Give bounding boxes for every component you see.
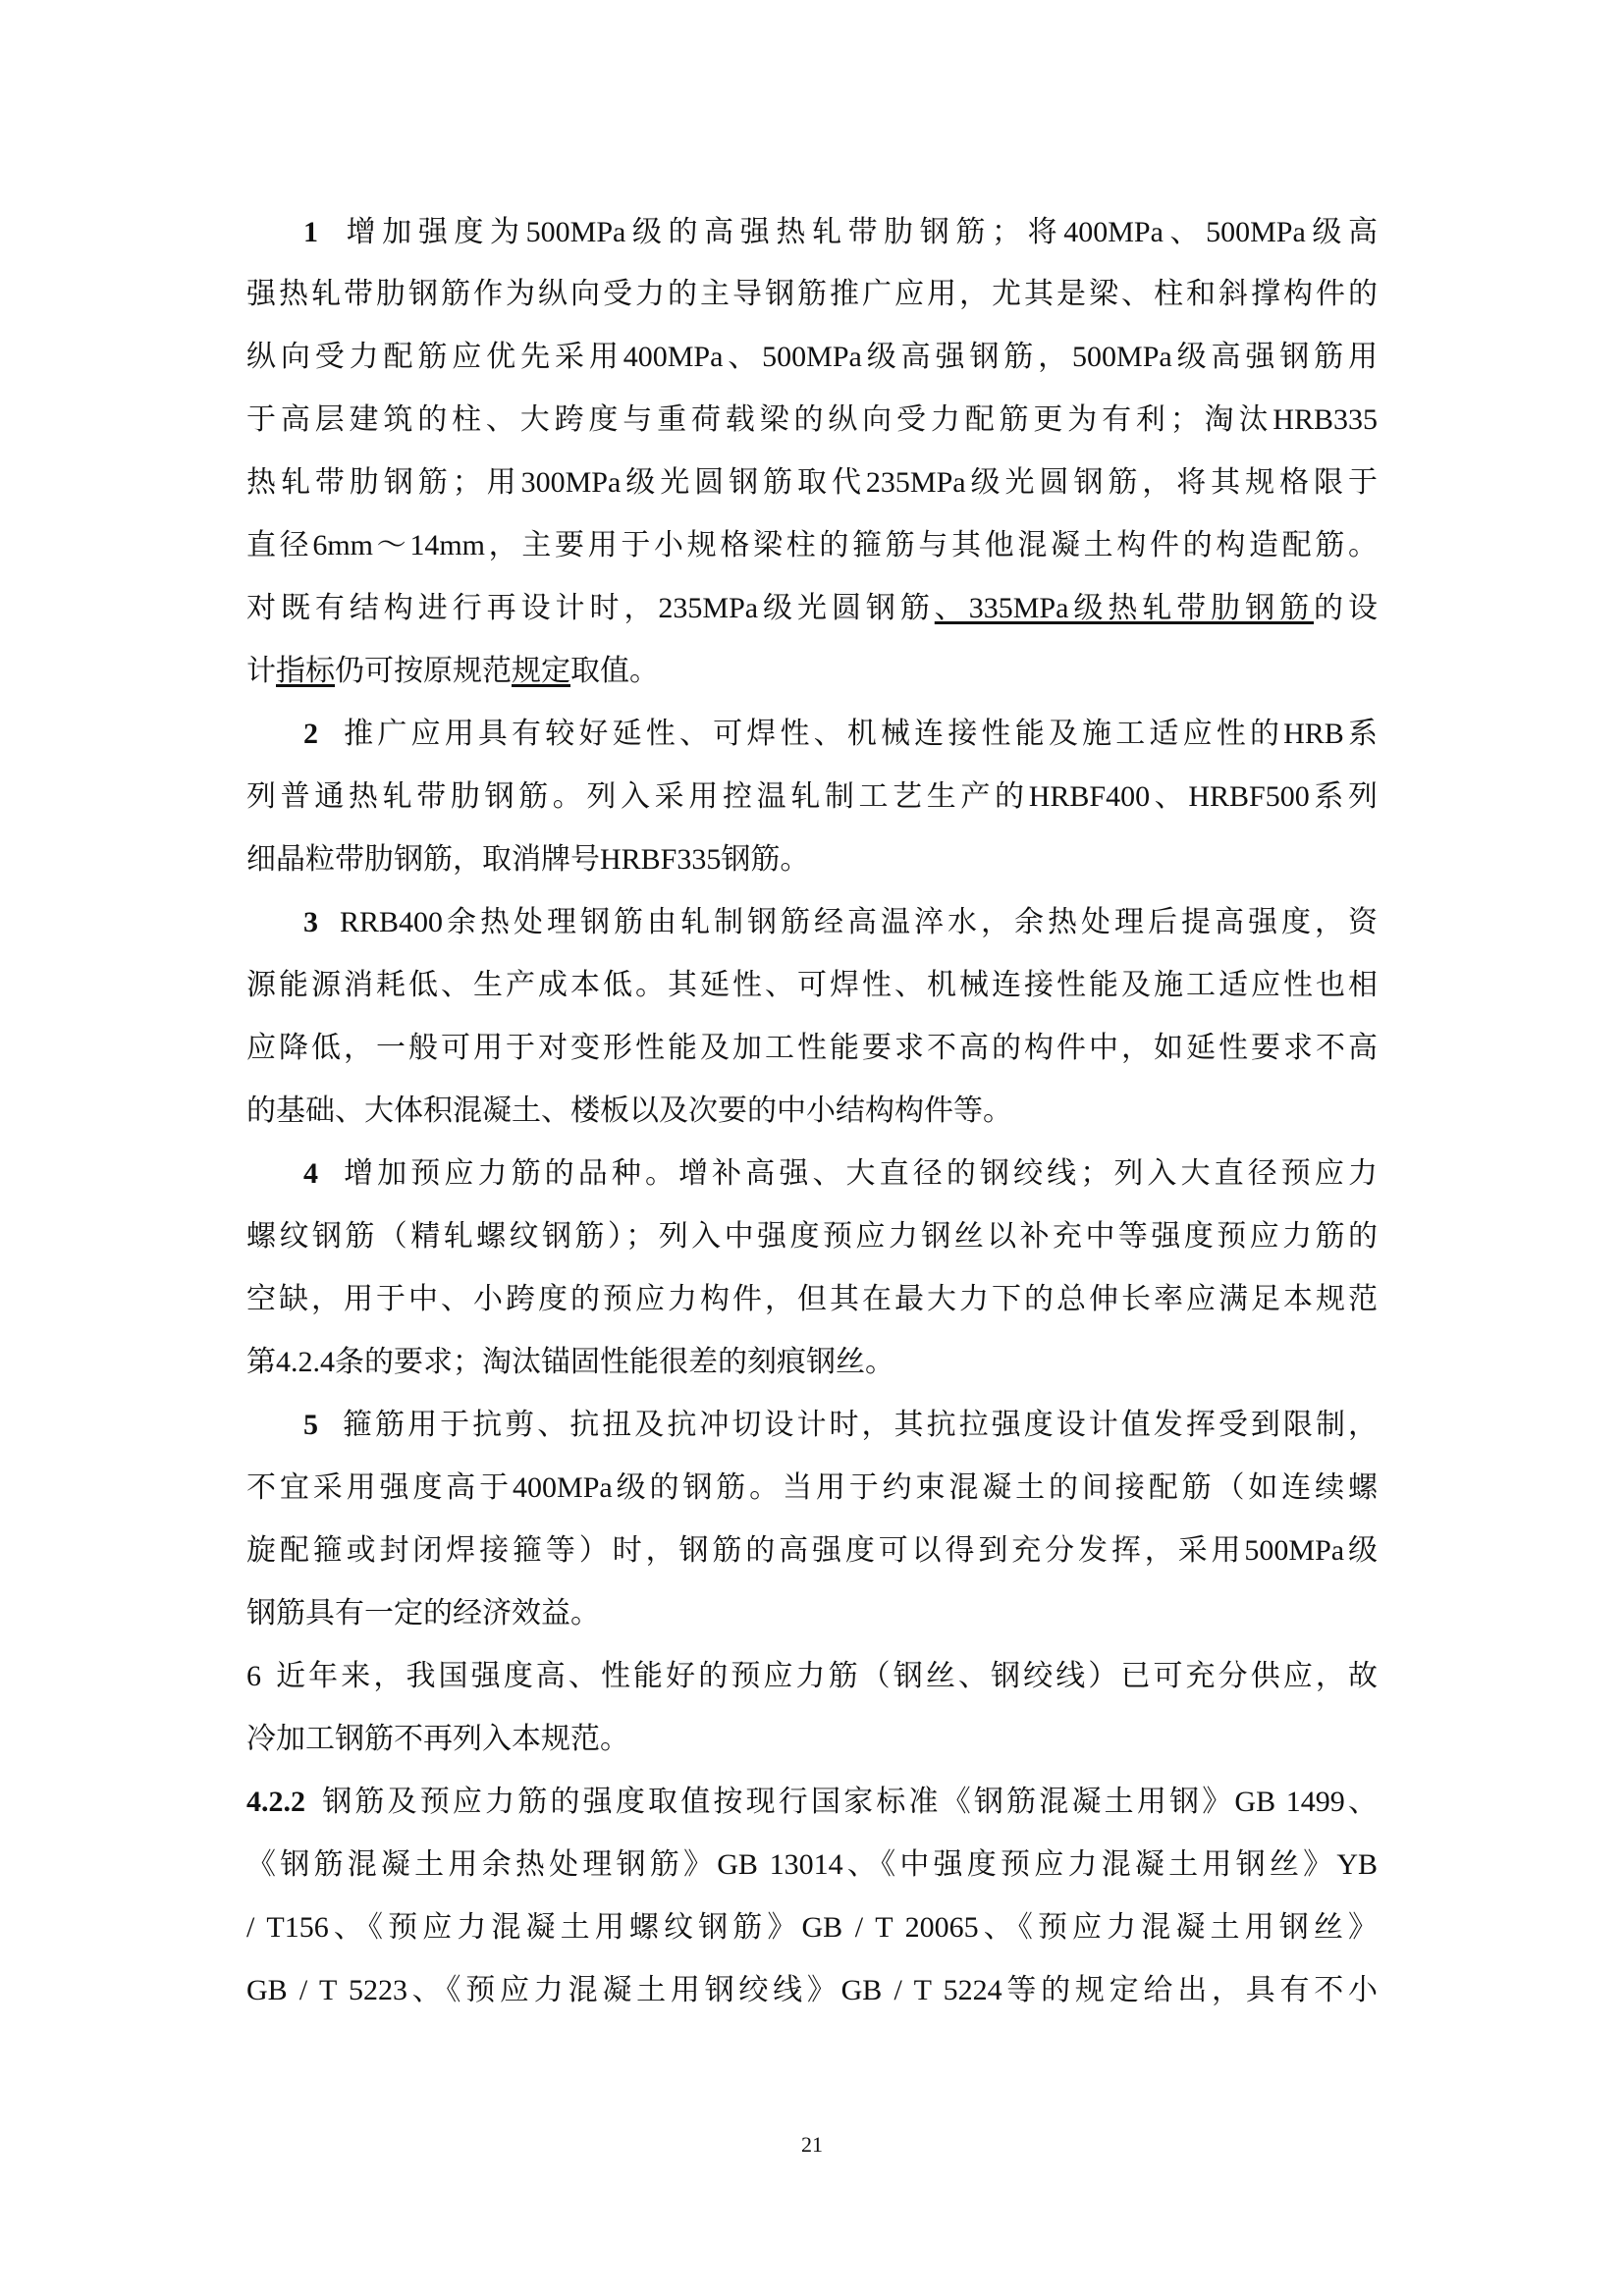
underlined-revision: 规定 xyxy=(512,655,570,687)
paragraph-6-line-1: 6近年来，我国强度高、性能好的预应力筋（钢丝、钢绞线）已可充分供应，故 xyxy=(246,1657,1378,1696)
paragraph-1-line-3: 纵向受力配筋应优先采用400MPa、500MPa级高强钢筋，500MPa级高强钢… xyxy=(246,338,1378,377)
paragraph-5-line-4: 钢筋具有一定的经济效益。 xyxy=(246,1594,1378,1633)
paragraph-5-line-3: 旋配箍或封闭焊接箍等）时，钢筋的高强度可以得到充分发挥，采用500MPa级 xyxy=(246,1531,1378,1571)
item-number: 5 xyxy=(303,1409,318,1441)
paragraph-3-line-2: 源能源消耗低、生产成本低。其延性、可焊性、机械连接性能及施工适应性也相 xyxy=(246,966,1378,1005)
paragraph-3-line-3: 应降低，一般可用于对变形性能及加工性能要求不高的构件中，如延性要求不高 xyxy=(246,1029,1378,1068)
paragraph-1-line-8: 计指标仍可按原规范规定取值。 xyxy=(246,652,1378,691)
paragraph-1-line-6: 直径6mm～14mm，主要用于小规格梁柱的箍筋与其他混凝土构件的构造配筋。 xyxy=(246,526,1378,565)
page-number: 21 xyxy=(0,2132,1624,2158)
paragraph-3-line-1: 3RRB400余热处理钢筋由轧制钢筋经高温淬水，余热处理后提高强度，资 xyxy=(303,903,1378,942)
paragraph-1-line-5: 热轧带肋钢筋；用300MPa级光圆钢筋取代235MPa级光圆钢筋，将其规格限于 xyxy=(246,463,1378,503)
paragraph-1-line-7: 对既有结构进行再设计时，235MPa级光圆钢筋、335MPa级热轧带肋钢筋的设 xyxy=(246,589,1378,628)
item-number: 3 xyxy=(303,906,318,938)
paragraph-4-line-3: 空缺，用于中、小跨度的预应力构件，但其在最大力下的总伸长率应满足本规范 xyxy=(246,1280,1378,1319)
paragraph-2-line-2: 列普通热轧带肋钢筋。列入采用控温轧制工艺生产的HRBF400、HRBF500系列 xyxy=(246,777,1378,817)
document-page: 1增加强度为500MPa级的高强热轧带肋钢筋；将400MPa、500MPa级高 … xyxy=(0,0,1624,2296)
clause-4-2-2-line-2: 《钢筋混凝土用余热处理钢筋》GB 13014、《中强度预应力混凝土用钢丝》YB xyxy=(246,1845,1378,1885)
paragraph-1-line-1: 1增加强度为500MPa级的高强热轧带肋钢筋；将400MPa、500MPa级高 xyxy=(303,213,1378,252)
paragraph-3-line-4: 的基础、大体积混凝土、楼板以及次要的中小结构构件等。 xyxy=(246,1092,1378,1131)
paragraph-1-line-2: 强热轧带肋钢筋作为纵向受力的主导钢筋推广应用，尤其是梁、柱和斜撑构件的 xyxy=(246,275,1378,314)
item-number: 6 xyxy=(246,1660,261,1692)
paragraph-2-line-1: 2推广应用具有较好延性、可焊性、机械连接性能及施工适应性的HRB系 xyxy=(303,715,1378,754)
paragraph-5-line-2: 不宜采用强度高于400MPa级的钢筋。当用于约束混凝土的间接配筋（如连续螺 xyxy=(246,1468,1378,1508)
paragraph-4-line-4: 第4.2.4条的要求；淘汰锚固性能很差的刻痕钢丝。 xyxy=(246,1343,1378,1382)
paragraph-1-line-4: 于高层建筑的柱、大跨度与重荷载梁的纵向受力配筋更为有利；淘汰HRB335 xyxy=(246,400,1378,440)
item-number: 2 xyxy=(303,718,318,750)
paragraph-4-line-2: 螺纹钢筋（精轧螺纹钢筋）；列入中强度预应力钢丝以补充中等强度预应力筋的 xyxy=(246,1217,1378,1256)
item-number: 1 xyxy=(303,216,318,248)
item-number: 4 xyxy=(303,1157,318,1190)
underlined-revision: 指标 xyxy=(276,655,335,687)
clause-4-2-2-line-1: 4.2.2钢筋及预应力筋的强度取值按现行国家标准《钢筋混凝土用钢》GB 1499… xyxy=(246,1783,1378,1822)
paragraph-2-line-3: 细晶粒带肋钢筋，取消牌号HRBF335钢筋。 xyxy=(246,840,1378,880)
clause-4-2-2-line-3: / T156、《预应力混凝土用螺纹钢筋》GB / T 20065、《预应力混凝土… xyxy=(246,1908,1378,1948)
paragraph-4-line-1: 4增加预应力筋的品种。增补高强、大直径的钢绞线；列入大直径预应力 xyxy=(303,1154,1378,1194)
paragraph-6-line-2: 冷加工钢筋不再列入本规范。 xyxy=(246,1720,1378,1759)
paragraph-5-line-1: 5箍筋用于抗剪、抗扭及抗冲切设计时，其抗拉强度设计值发挥受到限制， xyxy=(303,1406,1378,1445)
clause-number: 4.2.2 xyxy=(246,1786,305,1818)
underlined-revision: 、335MPa级热轧带肋钢筋 xyxy=(935,592,1314,624)
clause-4-2-2-line-4: GB / T 5223、《预应力混凝土用钢绞线》GB / T 5224等的规定给… xyxy=(246,1971,1378,2010)
